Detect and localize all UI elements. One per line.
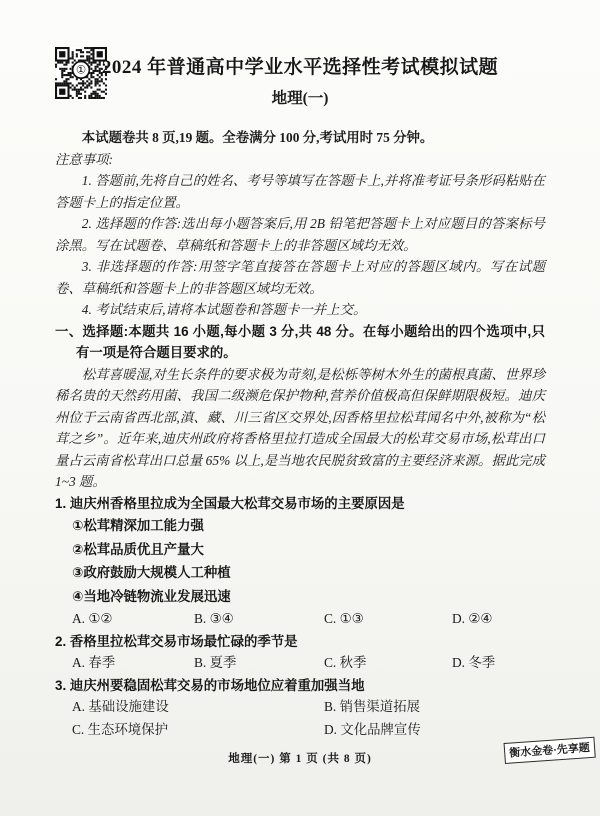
option-c: C. 生态环境保护 (72, 719, 324, 742)
option-a: A. 基础设施建设 (72, 696, 324, 719)
reading-passage: 松茸喜暖湿,对生长条件的要求极为苛刻,是松栎等树木外生的菌根真菌、世界珍稀名贵的… (55, 364, 545, 493)
notice-item: 4. 考试结束后,请将本试题卷和答题卡一并上交。 (55, 299, 545, 321)
option-c: C. ①③ (324, 608, 452, 631)
notice-item: 3. 非选择题的作答:用签字笔直接答在答题卡上对应的答题区域内。写在试题卷、草稿… (55, 256, 545, 299)
page-header: 2024 年普通高中学业水平选择性考试模拟试题 地理(一) (0, 52, 600, 108)
section-heading: 一、选择题:本题共 16 小题,每小题 3 分,共 48 分。在每小题给出的四个… (55, 321, 545, 364)
notice-item: 2. 选择题的作答:选出每小题答案后,用 2B 铅笔把答题卡上对应题目的答案标号… (55, 213, 545, 256)
exam-title: 2024 年普通高中学业水平选择性考试模拟试题 (0, 52, 600, 79)
option-c: C. 秋季 (324, 652, 452, 675)
notice-item: 1. 答题前,先将自己的姓名、考号等填写在答题卡上,并将准考证号条形码粘贴在答题… (55, 170, 545, 213)
notice-heading: 注意事项: (55, 149, 545, 171)
question-subitem: ③政府鼓励大规模人工种植 (55, 561, 545, 585)
exam-body: 本试题卷共 8 页,19 题。全卷满分 100 分,考试用时 75 分钟。 注意… (55, 127, 545, 741)
question-subitem: ①松茸精深加工能力强 (55, 514, 545, 538)
question-3: 3. 迪庆州要稳固松茸交易的市场地位应着重加强当地 A. 基础设施建设 B. 销… (55, 675, 545, 742)
question-subitem: ②松茸品质优且产量大 (55, 538, 545, 562)
option-a: A. ①② (72, 608, 194, 631)
options-row: A. 基础设施建设 B. 销售渠道拓展 (55, 696, 545, 719)
exam-intro: 本试题卷共 8 页,19 题。全卷满分 100 分,考试用时 75 分钟。 (55, 127, 545, 149)
exam-page: ① 2024 年普通高中学业水平选择性考试模拟试题 地理(一) 本试题卷共 8 … (0, 0, 600, 816)
question-2: 2. 香格里拉松茸交易市场最忙碌的季节是 A. 春季 B. 夏季 C. 秋季 D… (55, 631, 545, 675)
options-row: A. 春季 B. 夏季 C. 秋季 D. 冬季 (55, 652, 545, 675)
option-d: D. ②④ (452, 608, 492, 631)
option-d: D. 文化品牌宣传 (324, 719, 421, 742)
options-row: C. 生态环境保护 D. 文化品牌宣传 (55, 719, 545, 742)
option-a: A. 春季 (72, 652, 194, 675)
option-d: D. 冬季 (452, 652, 495, 675)
question-subitem: ④当地冷链物流业发展迅速 (55, 585, 545, 609)
question-stem: 1. 迪庆州香格里拉成为全国最大松茸交易市场的主要原因是 (55, 493, 545, 515)
options-row: A. ①② B. ③④ C. ①③ D. ②④ (55, 608, 545, 631)
question-stem: 2. 香格里拉松茸交易市场最忙碌的季节是 (55, 631, 545, 653)
question-stem: 3. 迪庆州要稳固松茸交易的市场地位应着重加强当地 (55, 675, 545, 697)
option-b: B. 夏季 (194, 652, 324, 675)
option-b: B. 销售渠道拓展 (324, 696, 420, 719)
exam-subject: 地理(一) (0, 86, 600, 108)
question-1: 1. 迪庆州香格里拉成为全国最大松茸交易市场的主要原因是 ①松茸精深加工能力强 … (55, 493, 545, 631)
option-b: B. ③④ (194, 608, 324, 631)
